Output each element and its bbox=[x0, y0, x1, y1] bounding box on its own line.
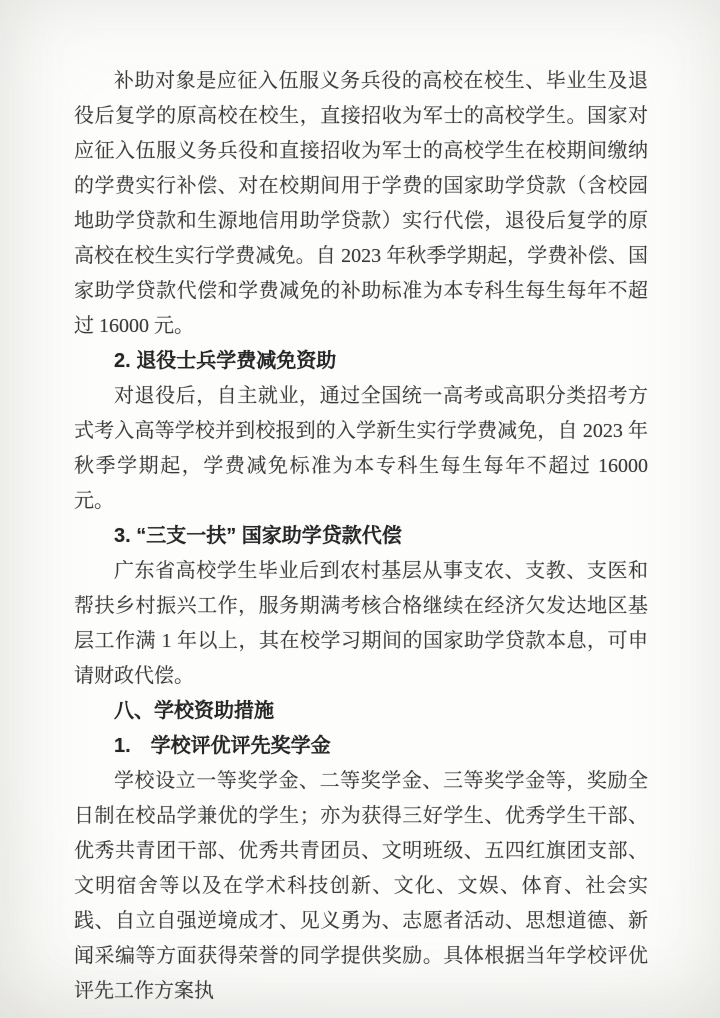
heading-school-merit-scholarship: 1. 学校评优评先奖学金 bbox=[74, 729, 648, 764]
paragraph-veteran-tuition-waiver: 对退役后，自主就业，通过全国统一高考或高职分类招考方式考入高等学校并到校报到的入… bbox=[74, 379, 648, 519]
paragraph-sanzhiyifu-loan-repayment: 广东省高校学生毕业后到农村基层从事支农、支教、支医和帮扶乡村振兴工作，服务期满考… bbox=[74, 554, 648, 694]
document-content: 补助对象是应征入伍服义务兵役的高校在校生、毕业生及退役后复学的原高校在校生，直接… bbox=[74, 64, 648, 1009]
heading-school-aid-measures: 八、学校资助措施 bbox=[74, 694, 648, 729]
heading-veteran-tuition-waiver: 2. 退役士兵学费减免资助 bbox=[74, 344, 648, 379]
document-page: 补助对象是应征入伍服义务兵役的高校在校生、毕业生及退役后复学的原高校在校生，直接… bbox=[0, 0, 720, 1018]
heading-sanzhiyifu-loan-repayment: 3. “三支一扶” 国家助学贷款代偿 bbox=[74, 519, 648, 554]
paragraph-school-merit-scholarship: 学校设立一等奖学金、二等奖学金、三等奖学金等，奖励全日制在校品学兼优的学生；亦为… bbox=[74, 764, 648, 1009]
paragraph-enlistment-subsidy: 补助对象是应征入伍服义务兵役的高校在校生、毕业生及退役后复学的原高校在校生，直接… bbox=[74, 64, 648, 344]
